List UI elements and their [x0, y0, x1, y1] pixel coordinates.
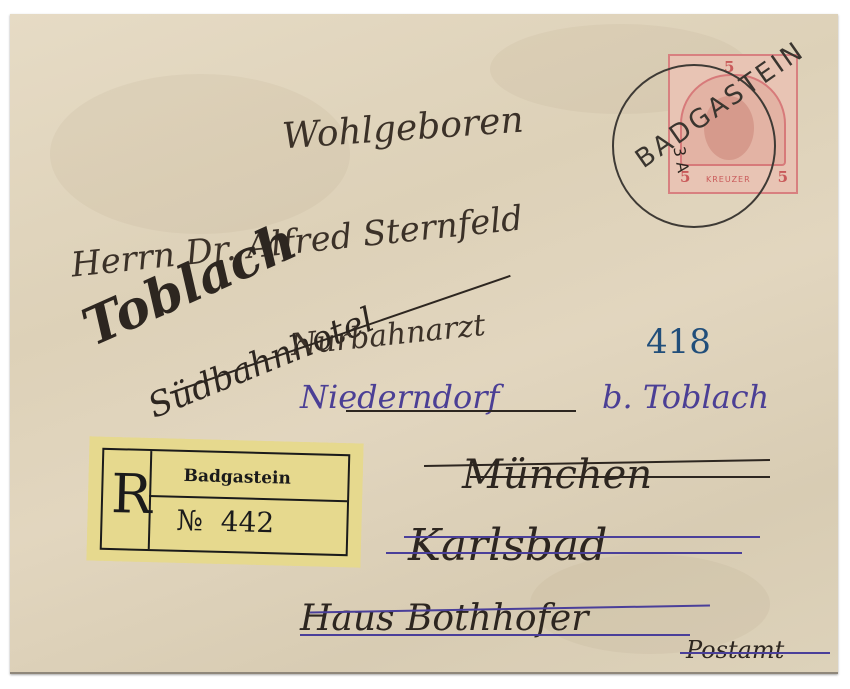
strike-through-line: [300, 634, 690, 636]
strike-through-line: [386, 552, 742, 554]
registration-letter: R: [110, 462, 152, 526]
label-divider: [149, 495, 347, 502]
registration-label: R Badgastein № 442: [86, 436, 363, 567]
strike-through-line: [470, 476, 770, 478]
number-prefix: №: [176, 504, 203, 538]
number-value: 442: [220, 505, 274, 539]
strike-through-line: [404, 536, 760, 538]
label-frame: R Badgastein № 442: [100, 448, 351, 556]
stamp-value-right: 5: [778, 168, 788, 186]
forward-muenchen-text: München: [462, 452, 652, 498]
strike-through-line: [346, 410, 576, 412]
forward-karlsbad-text: Karlsbad: [408, 520, 607, 571]
strike-through-line: [680, 652, 830, 654]
registration-city: Badgastein: [183, 466, 291, 489]
postamt-text: Postamt: [686, 636, 784, 664]
registration-number: № 442: [176, 504, 275, 540]
docket-number: 418: [646, 322, 711, 362]
forward-toblach-suffix-text: b. Toblach: [602, 378, 769, 416]
forward-hotel-name-text: Haus Bothhofer: [300, 598, 588, 639]
